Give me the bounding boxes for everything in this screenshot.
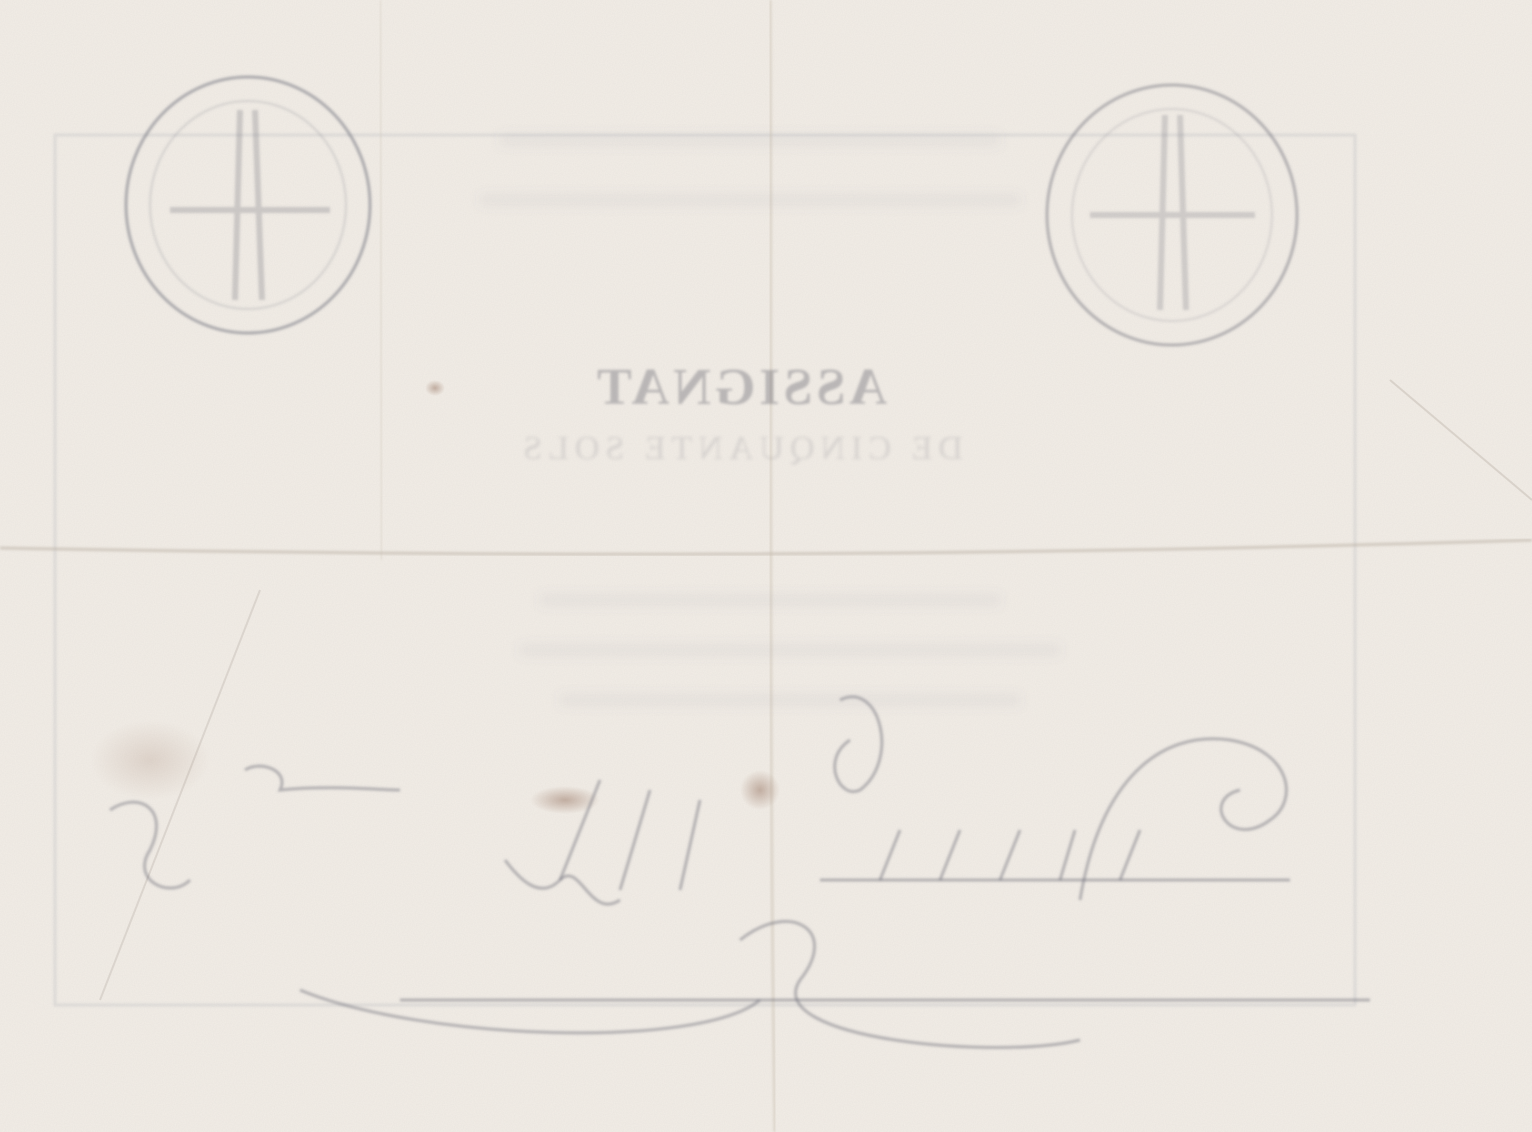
paper-photo: ASSIGNAT DE CINQUANTE SOLS: [0, 0, 1532, 1132]
mirrored-subheading: DE CINQUANTE SOLS: [440, 430, 1040, 470]
mirrored-heading: ASSIGNAT: [540, 358, 940, 418]
paper-texture: [0, 0, 1532, 1132]
